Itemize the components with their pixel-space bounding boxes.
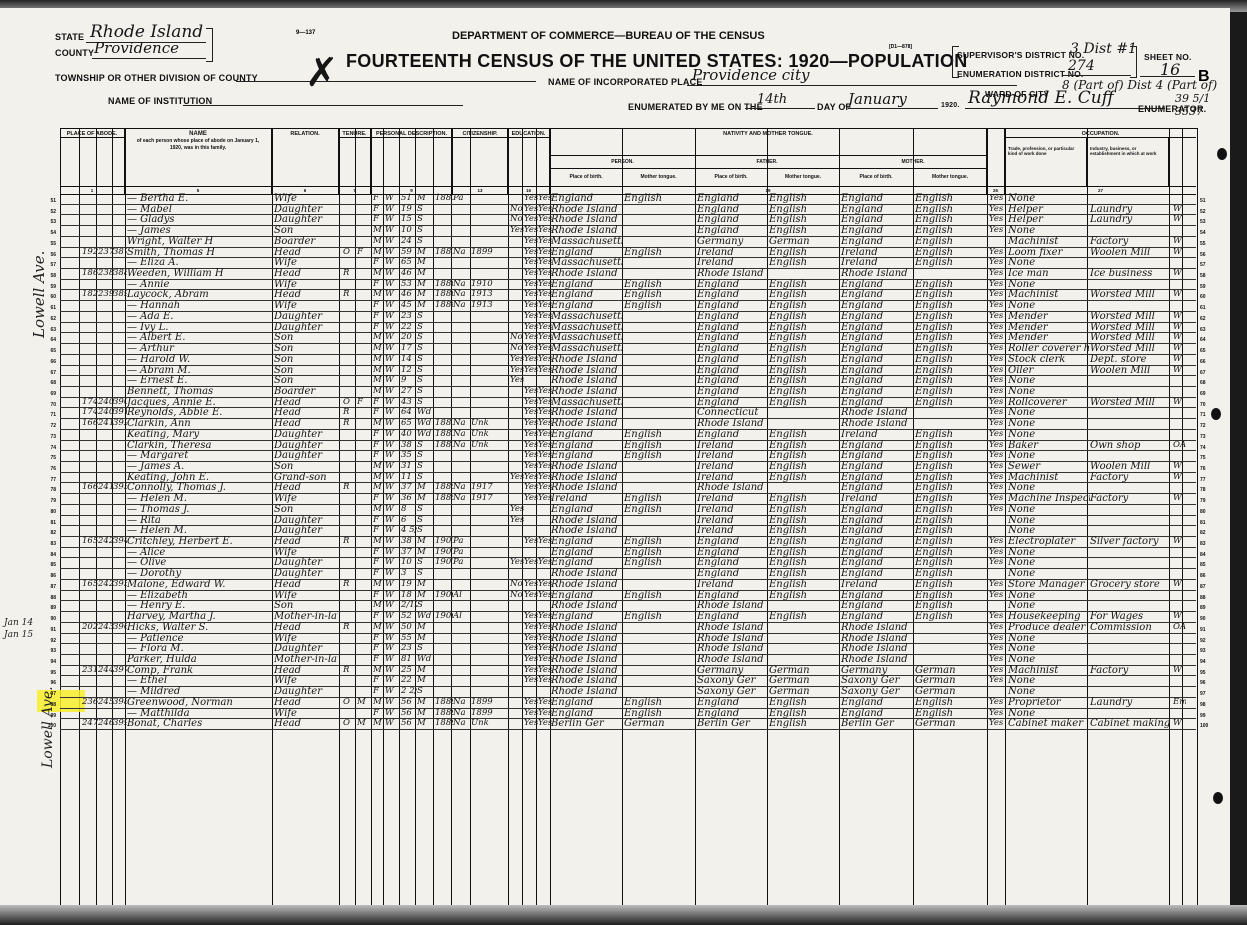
cell-dw: 242 [98, 579, 114, 590]
cell-rel: Head [274, 268, 338, 279]
right-line-number: 85 [1200, 560, 1216, 571]
cell-pob: Massachusetts [551, 322, 623, 333]
right-line-number: 54 [1200, 228, 1216, 239]
cell-fpob: England [697, 386, 769, 397]
state-label: STATE [55, 32, 84, 42]
cell-read: Yes [524, 225, 538, 236]
cell-fpob: England [697, 557, 769, 568]
cell-marital: S [417, 450, 433, 461]
cell-cls: Em [1173, 697, 1186, 708]
cell-write: Yes [538, 675, 552, 686]
cell-nat: Na [453, 429, 471, 440]
cell-fmt: English [769, 354, 841, 365]
cell-rel: Head [274, 718, 338, 729]
cell-sex: F [373, 515, 385, 526]
cell-fpob: England [697, 536, 769, 547]
cell-eng: Yes [989, 365, 1007, 376]
right-line-number: 80 [1200, 507, 1216, 518]
line-number: 94 [40, 657, 56, 668]
cell-natyr: 1913 [471, 289, 507, 300]
cell-name: — Harold W. [127, 354, 272, 365]
cell-race: W [385, 568, 400, 579]
cell-race: W [385, 450, 400, 461]
cell-occ: None [1008, 600, 1090, 611]
cell-eng: Yes [989, 472, 1007, 483]
cell-fpob: Ireland [697, 472, 769, 483]
cell-sex: M [373, 236, 385, 247]
cell-fpob: Saxony Ger [697, 675, 769, 686]
cell-dw: 237 [98, 247, 114, 258]
cell-fmt: English [769, 568, 841, 579]
cell-marital: S [417, 472, 433, 483]
line-number: 77 [40, 475, 56, 486]
cell-pob: England [551, 247, 623, 258]
cell-occ: Loom fixer [1008, 247, 1090, 258]
cell-nat: Pa [453, 536, 471, 547]
cell-fpob: Rhode Island [697, 633, 769, 644]
cell-ind: For Wages [1090, 611, 1172, 622]
cell-mpob: Rhode Island [841, 407, 915, 418]
cell-fmt: German [769, 665, 841, 676]
margin-street-name: Lowell Ave. [30, 251, 48, 338]
cell-fpob: Germany [697, 665, 769, 676]
cell-sex: M [373, 354, 385, 365]
cell-mpob: England [841, 472, 915, 483]
cell-eng: Yes [989, 300, 1007, 311]
cell-age: 38 [401, 536, 417, 547]
cell-sex: F [373, 493, 385, 504]
cell-race: W [385, 375, 400, 386]
cell-mt: English [624, 547, 696, 558]
cell-write: Yes [538, 579, 552, 590]
right-line-number: 86 [1200, 571, 1216, 582]
cell-marital: M [417, 493, 433, 504]
cell-age: 59 [401, 247, 417, 258]
cell-fpob: England [697, 708, 769, 719]
cell-sex: M [373, 579, 385, 590]
cell-write: Yes [538, 343, 552, 354]
cell-mpob: Ireland [841, 257, 915, 268]
cell-occ: Roller coverer helper [1008, 343, 1090, 354]
cell-eng: Yes [989, 193, 1007, 204]
cell-cls: W [1173, 365, 1186, 376]
cell-race: W [385, 289, 400, 300]
cell-sex: M [373, 386, 385, 397]
cell-mmt: English [915, 332, 989, 343]
line-number: 70 [40, 400, 56, 411]
right-line-number: 57 [1200, 260, 1216, 271]
cell-rel: Wife [274, 493, 338, 504]
cell-occ: None [1008, 407, 1090, 418]
cell-rel: Daughter [274, 568, 338, 579]
cell-marital: M [417, 675, 433, 686]
cell-occ: None [1008, 708, 1090, 719]
cell-eng: Yes [989, 418, 1007, 429]
cell-occ: None [1008, 686, 1090, 697]
cell-rel: Son [274, 343, 338, 354]
cell-dw: 242 [98, 536, 114, 547]
right-line-number: 76 [1200, 464, 1216, 475]
cell-fpob: Ireland [697, 515, 769, 526]
cell-nat: Al [453, 590, 471, 601]
cell-pob: Rhode Island [551, 686, 623, 697]
cell-mmt: German [915, 675, 989, 686]
header-person: PERSON.Place of birth.Mother tongue. [550, 156, 696, 186]
cell-eng: Yes [989, 697, 1007, 708]
header-occupation: OCCUPATION. Trade, profession, or partic… [1005, 128, 1196, 194]
right-line-number: 79 [1200, 496, 1216, 507]
cell-cls: W [1173, 536, 1186, 547]
cell-natyr: Unk [471, 440, 507, 451]
cell-mmt: English [915, 461, 989, 472]
cell-marital: M [417, 289, 433, 300]
line-number: 79 [40, 496, 56, 507]
cell-mt: English [624, 697, 696, 708]
cell-occ: Machinist [1008, 236, 1090, 247]
cell-rel: Son [274, 600, 338, 611]
corner-numbers: 39 5/1 3537 [1175, 92, 1230, 118]
cell-ind: Laundry [1090, 204, 1172, 215]
cell-mmt: English [915, 525, 989, 536]
cell-rel: Daughter [274, 440, 338, 451]
line-number: 51 [40, 196, 56, 207]
cell-pob: England [551, 440, 623, 451]
cell-rel: Son [274, 365, 338, 376]
cell-mmt: English [915, 579, 989, 590]
cell-mpob: Rhode Island [841, 654, 915, 665]
cell-marital: S [417, 600, 433, 611]
right-line-number: 90 [1200, 614, 1216, 625]
cell-write: Yes [538, 225, 552, 236]
cell-eng: Yes [989, 279, 1007, 290]
county-label: COUNTY [55, 48, 94, 58]
cell-mpob: Saxony Ger [841, 675, 915, 686]
cell-ind: Laundry [1090, 214, 1172, 225]
cell-read: Yes [524, 493, 538, 504]
cell-sex: M [373, 332, 385, 343]
cell-fpob: England [697, 289, 769, 300]
cell-read: Yes [524, 397, 538, 408]
cell-cls: W [1173, 493, 1186, 504]
cell-name: Malone, Edward W. [127, 579, 272, 590]
cell-occ: None [1008, 547, 1090, 558]
cell-fpob: Rhode Island [697, 482, 769, 493]
cell-eng: Yes [989, 493, 1007, 504]
cell-read: Yes [524, 579, 538, 590]
cell-own: R [343, 579, 357, 590]
cell-fmt: English [769, 525, 841, 536]
cell-rel: Son [274, 504, 338, 515]
right-line-number: 55 [1200, 239, 1216, 250]
cell-mpob: England [841, 482, 915, 493]
right-line-number: 99 [1200, 711, 1216, 722]
cell-marital: M [417, 482, 433, 493]
cell-occ: None [1008, 193, 1090, 204]
cell-mpob: Ireland [841, 247, 915, 258]
cell-mmt: English [915, 697, 989, 708]
cell-pob: Rhode Island [551, 600, 623, 611]
cell-mmt: English [915, 547, 989, 558]
cell-pob: Rhode Island [551, 654, 623, 665]
cell-eng: Yes [989, 504, 1007, 515]
cell-natyr: Unk [471, 718, 507, 729]
cell-write: Yes [538, 193, 552, 204]
right-line-number: 73 [1200, 432, 1216, 443]
cell-race: W [385, 429, 400, 440]
cell-read: Yes [524, 418, 538, 429]
cell-marital: M [417, 708, 433, 719]
cell-write: Yes [538, 482, 552, 493]
cell-mmt: English [915, 354, 989, 365]
cell-marital: S [417, 332, 433, 343]
cell-mmt: English [915, 236, 989, 247]
cell-pob: England [551, 697, 623, 708]
cell-eng: Yes [989, 482, 1007, 493]
cell-ind: Factory [1090, 665, 1172, 676]
right-line-number: 96 [1200, 678, 1216, 689]
enumerated-label: ENUMERATED BY ME ON THE [628, 102, 763, 112]
cell-write: Yes [538, 643, 552, 654]
cell-name: Comp, Frank [127, 665, 272, 676]
cell-fpob: Ireland [697, 450, 769, 461]
right-line-number: 74 [1200, 443, 1216, 454]
punch-hole-icon [1213, 792, 1223, 804]
cell-race: W [385, 332, 400, 343]
cell-eng: Yes [989, 354, 1007, 365]
cell-immig: 1889 [435, 697, 453, 708]
cell-age: 36 [401, 493, 417, 504]
cell-fam: 398 [113, 697, 127, 708]
cell-fpob: Ireland [697, 525, 769, 536]
cell-race: W [385, 354, 400, 365]
cell-race: W [385, 440, 400, 451]
cell-race: W [385, 397, 400, 408]
cell-rel: Son [274, 461, 338, 472]
cell-fam: 395 [113, 579, 127, 590]
cell-fmt: English [769, 311, 841, 322]
cell-mmt: English [915, 300, 989, 311]
cell-fmt: English [769, 386, 841, 397]
cell-age: 50 [401, 622, 417, 633]
cell-ind: Own shop [1090, 440, 1172, 451]
cell-fmt: English [769, 225, 841, 236]
cell-fmt: German [769, 686, 841, 697]
cell-marital: S [417, 643, 433, 654]
cell-read: Yes [524, 214, 538, 225]
cell-mt: English [624, 611, 696, 622]
cell-mmt: English [915, 557, 989, 568]
cell-own: R [343, 536, 357, 547]
cell-sex: M [373, 461, 385, 472]
cell-name: — James A. [127, 461, 272, 472]
cell-sex: F [373, 397, 385, 408]
cell-dw: 245 [98, 697, 114, 708]
cell-natyr: 1899 [471, 708, 507, 719]
cell-occ: Sewer [1008, 461, 1090, 472]
cell-marital: S [417, 225, 433, 236]
cell-name: — Hannah [127, 300, 272, 311]
cell-ind: Worsted Mill [1090, 343, 1172, 354]
cell-write: Yes [538, 289, 552, 300]
cell-ind: Commission [1090, 622, 1172, 633]
cell-mpob: Ireland [841, 493, 915, 504]
cell-nat: Na [453, 708, 471, 719]
year-label: 1920. [941, 102, 960, 109]
cell-read: Yes [524, 279, 538, 290]
cell-mpob: England [841, 461, 915, 472]
cell-fpob: Germany [697, 236, 769, 247]
cell-name: — Helen M. [127, 525, 272, 536]
cell-occ: Proprietor [1008, 697, 1090, 708]
cell-fam: 390 [113, 397, 127, 408]
cell-sex: F [373, 204, 385, 215]
cell-rel: Wife [274, 257, 338, 268]
cell-mt: English [624, 557, 696, 568]
cell-mt: English [624, 493, 696, 504]
cell-name: — Helen M. [127, 493, 272, 504]
cell-cls: W [1173, 289, 1186, 300]
cell-mpob: England [841, 354, 915, 365]
cell-write: Yes [538, 332, 552, 343]
cell-age: 3 [401, 568, 417, 579]
cell-write: Yes [538, 257, 552, 268]
cell-nat: Na [453, 247, 471, 258]
cell-write: Yes [538, 204, 552, 215]
right-line-number: 62 [1200, 314, 1216, 325]
cell-read: Yes [524, 450, 538, 461]
cell-write: Yes [538, 557, 552, 568]
cell-fmt: English [769, 429, 841, 440]
cell-mmt: English [915, 257, 989, 268]
cell-sch: Yes [510, 515, 524, 526]
cell-name: — Albert E. [127, 332, 272, 343]
cell-pob: Rhode Island [551, 665, 623, 676]
cell-race: W [385, 547, 400, 558]
cell-fpob: Ireland [697, 461, 769, 472]
cell-age: 31 [401, 461, 417, 472]
cell-fmt: English [769, 343, 841, 354]
cell-mmt: English [915, 536, 989, 547]
line-number: 85 [40, 560, 56, 571]
cell-occ: Helper [1008, 214, 1090, 225]
cell-race: W [385, 708, 400, 719]
cell-marital: M [417, 300, 433, 311]
cell-sch: No [510, 590, 524, 601]
cell-fpob: Saxony Ger [697, 686, 769, 697]
cell-pob: England [551, 289, 623, 300]
cell-fam: 396 [113, 622, 127, 633]
cell-eng: Yes [989, 536, 1007, 547]
cell-sex: F [373, 568, 385, 579]
right-line-number: 89 [1200, 603, 1216, 614]
cell-age: 56 [401, 708, 417, 719]
cell-mmt: English [915, 429, 989, 440]
cell-eng: Yes [989, 386, 1007, 397]
line-number: 68 [40, 378, 56, 389]
cell-sex: M [373, 536, 385, 547]
cell-sex: F [373, 407, 385, 418]
right-line-number: 77 [1200, 475, 1216, 486]
cell-mmt: English [915, 600, 989, 611]
cell-pob: England [551, 536, 623, 547]
cell-read: Yes [524, 268, 538, 279]
cell-immig: 1885 [435, 493, 453, 504]
cell-rel: Daughter [274, 450, 338, 461]
cell-cls: W [1173, 204, 1186, 215]
cell-age: 23 [401, 311, 417, 322]
cell-immig: 1888 [435, 300, 453, 311]
cell-rel: Boarder [274, 386, 338, 397]
cell-fmt: English [769, 279, 841, 290]
cell-write: Yes [538, 461, 552, 472]
cell-marital: S [417, 311, 433, 322]
cell-marital: S [417, 686, 433, 697]
cell-cls: W [1173, 579, 1186, 590]
cell-mpob: England [841, 557, 915, 568]
cell-occ: None [1008, 300, 1090, 311]
cell-own: R [343, 482, 357, 493]
cell-write: Yes [538, 665, 552, 676]
cell-mmt: English [915, 322, 989, 333]
cell-fmt: English [769, 504, 841, 515]
cell-age: 40 [401, 429, 417, 440]
cell-fpob: Berlin Ger [697, 718, 769, 729]
cell-fpob: Ireland [697, 493, 769, 504]
cell-sex: F [373, 675, 385, 686]
cell-rel: Grand-son [274, 472, 338, 483]
cell-eng: Yes [989, 579, 1007, 590]
header-place-of-abode: PLACE OF ABODE. 1 [60, 128, 125, 194]
cell-race: W [385, 493, 400, 504]
cell-rel: Wife [274, 675, 338, 686]
cell-fmt: English [769, 461, 841, 472]
cell-sex: M [373, 268, 385, 279]
cell-mort: M [357, 697, 371, 708]
cell-mmt: German [915, 718, 989, 729]
cell-ind: Worsted Mill [1090, 289, 1172, 300]
cell-sch: Yes [510, 557, 524, 568]
cell-fmt: English [769, 375, 841, 386]
cell-rel: Wife [274, 300, 338, 311]
cell-write: Yes [538, 322, 552, 333]
cell-pob: Rhode Island [551, 675, 623, 686]
cell-pob: Massachusetts [551, 236, 623, 247]
cell-marital: S [417, 461, 433, 472]
cell-sex: M [373, 289, 385, 300]
sheet-value: 16 [1160, 60, 1180, 79]
cell-fmt: English [769, 214, 841, 225]
cell-natyr: 1899 [471, 247, 507, 258]
cell-sex: F [373, 654, 385, 665]
supervisor-label: SUPERVISOR'S DISTRICT NO. [957, 50, 1084, 60]
cell-marital: S [417, 568, 433, 579]
day-of-label: DAY OF [817, 102, 851, 112]
cell-fpob: England [697, 429, 769, 440]
cell-name: — Matthilda [127, 708, 272, 719]
cell-mmt: English [915, 204, 989, 215]
cell-fpob: England [697, 375, 769, 386]
cell-fmt: English [769, 697, 841, 708]
cell-ind: Worsted Mill [1090, 311, 1172, 322]
cell-mpob: Saxony Ger [841, 686, 915, 697]
cell-fpob: Ireland [697, 440, 769, 451]
cell-cls: W [1173, 354, 1186, 365]
cell-name: Clarkin, Theresa [127, 440, 272, 451]
cell-name: Parker, Hulda [127, 654, 272, 665]
cell-occ: None [1008, 590, 1090, 601]
punch-hole-icon [1211, 408, 1221, 420]
cell-race: W [385, 665, 400, 676]
